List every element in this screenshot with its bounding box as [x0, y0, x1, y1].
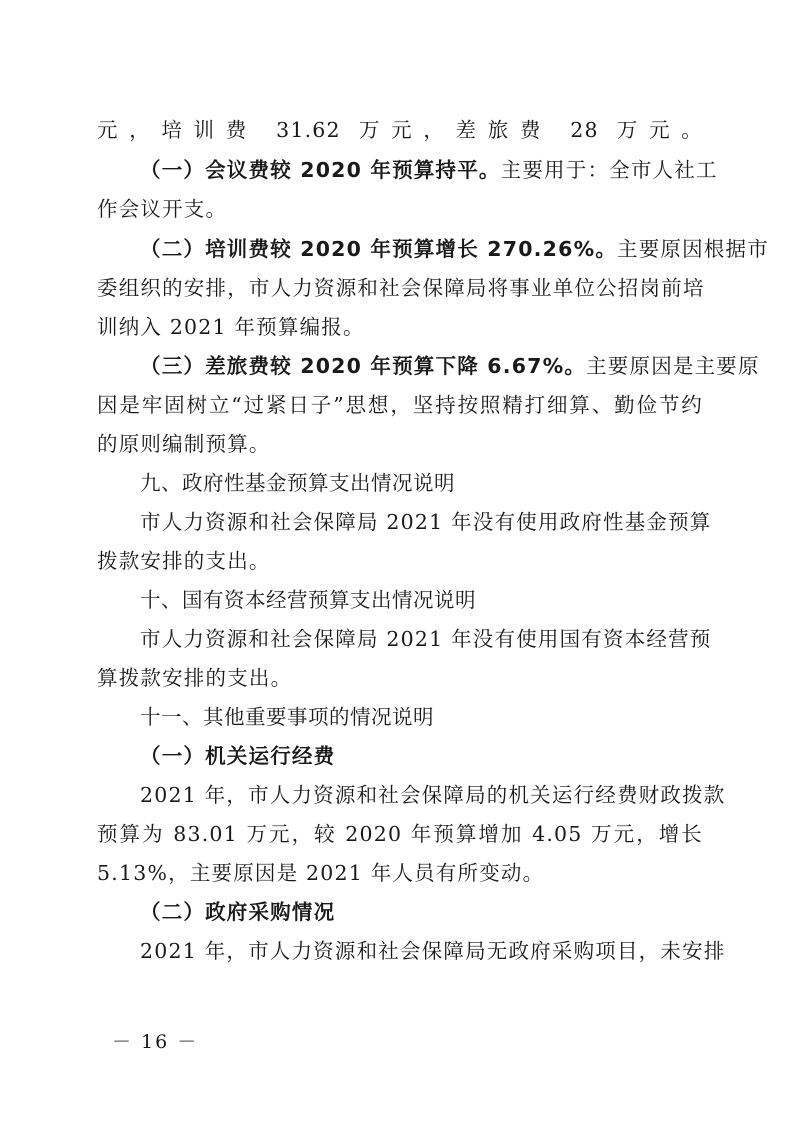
- section-heading-government-fund: 九、政府性基金预算支出情况说明: [140, 470, 703, 496]
- paragraph-line: 2021 年，市人力资源和社会保障局无政府采购项目，未安排: [140, 938, 703, 964]
- heading-text: 十、国有资本经营预算支出情况说明: [140, 588, 476, 612]
- line-text: 主要用于：全市人社工: [501, 158, 718, 182]
- line-text: 2021 年，市人力资源和社会保障局无政府采购项目，未安排: [140, 939, 726, 963]
- subsection-heading-procurement: （二）政府采购情况: [140, 899, 703, 925]
- heading-text: 九、政府性基金预算支出情况说明: [140, 471, 455, 495]
- paragraph-line: 元，培训费 31.62 万元，差旅费 28 万元。: [97, 117, 703, 143]
- heading-text: 十一、其他重要事项的情况说明: [140, 705, 434, 729]
- line-text: 预算为 83.01 万元，较 2020 年预算增加 4.05 万元，增长: [97, 822, 703, 846]
- line-text: 训纳入 2021 年预算编报。: [97, 315, 365, 339]
- line-text: 的原则编制预算。: [97, 432, 271, 456]
- line-text: 市人力资源和社会保障局 2021 年没有使用国有资本经营预: [140, 627, 712, 651]
- section-heading-other-matters: 十一、其他重要事项的情况说明: [140, 704, 703, 730]
- line-text: 5.13%，主要原因是 2021 年人员有所变动。: [97, 861, 544, 885]
- line-text: 市人力资源和社会保障局 2021 年没有使用政府性基金预算: [140, 510, 712, 534]
- paragraph-line: 2021 年，市人力资源和社会保障局的机关运行经费财政拨款: [140, 782, 703, 808]
- line-text: 主要原因根据市: [617, 237, 769, 261]
- paragraph-line: 训纳入 2021 年预算编报。: [97, 314, 703, 340]
- line-text: 委组织的安排，市人力资源和社会保障局将事业单位公招岗前培: [97, 276, 705, 300]
- subsection-line-travel-fees: （三）差旅费较 2020 年预算下降 6.67%。主要原因是主要原: [140, 353, 703, 379]
- line-text: 作会议开支。: [97, 197, 227, 221]
- paragraph-line: 委组织的安排，市人力资源和社会保障局将事业单位公招岗前培: [97, 275, 703, 301]
- paragraph-line: 作会议开支。: [97, 196, 703, 222]
- line-text: 主要原因是主要原: [586, 354, 760, 378]
- document-page: 元，培训费 31.62 万元，差旅费 28 万元。 （一）会议费较 2020 年…: [0, 0, 793, 1122]
- paragraph-line: 的原则编制预算。: [97, 431, 703, 457]
- line-text: 2021 年，市人力资源和社会保障局的机关运行经费财政拨款: [140, 783, 726, 807]
- bold-lead-text: （三）差旅费较 2020 年预算下降 6.67%。: [140, 354, 586, 378]
- bold-lead-text: （二）培训费较 2020 年预算增长 270.26%。: [140, 237, 617, 261]
- line-text: 拨款安排的支出。: [97, 549, 271, 573]
- paragraph-line: 预算为 83.01 万元，较 2020 年预算增加 4.05 万元，增长: [97, 821, 703, 847]
- subsection-heading-operating-expenses: （一）机关运行经费: [140, 743, 703, 769]
- paragraph-line: 市人力资源和社会保障局 2021 年没有使用政府性基金预算: [140, 509, 703, 535]
- bold-heading-text: （二）政府采购情况: [140, 900, 335, 924]
- bold-lead-text: （一）会议费较 2020 年预算持平。: [140, 158, 501, 182]
- subsection-line-meeting-fees: （一）会议费较 2020 年预算持平。主要用于：全市人社工: [140, 157, 703, 183]
- subsection-line-training-fees: （二）培训费较 2020 年预算增长 270.26%。主要原因根据市: [140, 236, 703, 262]
- section-heading-state-capital: 十、国有资本经营预算支出情况说明: [140, 587, 703, 613]
- line-text: 算拨款安排的支出。: [97, 666, 292, 690]
- line-text: 因是牢固树立“过紧日子”思想，坚持按照精打细算、勤俭节约: [97, 393, 703, 417]
- paragraph-line: 5.13%，主要原因是 2021 年人员有所变动。: [97, 860, 703, 886]
- paragraph-line: 算拨款安排的支出。: [97, 665, 703, 691]
- line-text: 元，培训费 31.62 万元，差旅费 28 万元。: [97, 118, 703, 142]
- paragraph-line: 市人力资源和社会保障局 2021 年没有使用国有资本经营预: [140, 626, 703, 652]
- paragraph-line: 因是牢固树立“过紧日子”思想，坚持按照精打细算、勤俭节约: [97, 392, 703, 418]
- paragraph-line: 拨款安排的支出。: [97, 548, 703, 574]
- page-number: － 16 －: [112, 1030, 198, 1054]
- bold-heading-text: （一）机关运行经费: [140, 744, 335, 768]
